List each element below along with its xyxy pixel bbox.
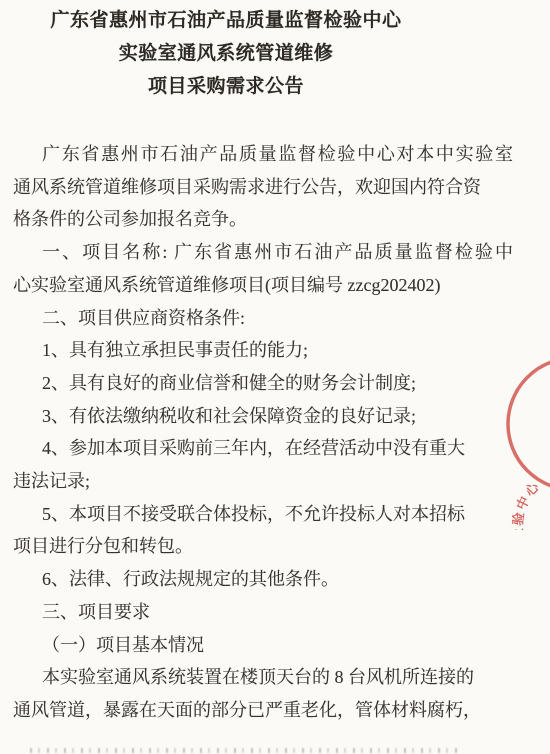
body-line: 通风系统管道维修项目采购需求进行公告，欢迎国内符合资 — [13, 171, 513, 204]
body-line: 3、有依法缴纳税收和社会保障资金的良好记录; — [13, 400, 513, 433]
body-line: 1、具有独立承担民事责任的能力; — [13, 334, 513, 367]
document-title: 广东省惠州市石油产品质量监督检验中心 实验室通风系统管道维修 项目采购需求公告 — [13, 4, 439, 103]
body-line: 心实验室通风系统管道维修项目(项目编号 zzcg202402) — [13, 269, 513, 302]
body-line: 6、法律、行政法规规定的其他条件。 — [13, 563, 513, 596]
body-line: 4、参加本项目采购前三年内，在经营活动中没有重大 — [13, 432, 513, 465]
body-line: 二、项目供应商资格条件: — [13, 302, 513, 335]
body-line: 2、具有良好的商业信誉和健全的财务会计制度; — [13, 367, 513, 400]
title-line-2: 实验室通风系统管道维修 — [13, 37, 439, 70]
body-line: 一、项目名称: 广东省惠州市石油产品质量监督检验中 — [13, 236, 513, 269]
document-body: 广东省惠州市石油产品质量监督检验中心 实验室通风系统管道维修 项目采购需求公告 … — [13, 4, 513, 727]
body-line: 违法记录; — [13, 465, 513, 498]
body-line: 三、项目要求 — [13, 596, 513, 629]
body-line: 通风管道，暴露在天面的部分已严重老化，管体材料腐朽， — [13, 694, 513, 727]
title-line-3: 项目采购需求公告 — [13, 70, 439, 103]
seal-ring — [508, 358, 550, 490]
body-line: 5、本项目不接受联合体投标，不允许投标人对本招标 — [13, 498, 513, 531]
cutoff-next-line-artifact — [30, 748, 460, 753]
document-text: 广东省惠州市石油产品质量监督检验中心对本中实验室通风系统管道维修项目采购需求进行… — [13, 138, 513, 727]
seal-ring-text: 广东省惠州市石油产品质量监督检验中心 — [510, 466, 550, 530]
body-line: （一）项目基本情况 — [13, 629, 513, 662]
body-line: 项目进行分包和转包。 — [13, 530, 513, 563]
title-line-1: 广东省惠州市石油产品质量监督检验中心 — [13, 4, 439, 37]
scanned-document-page: 广东省惠州市石油产品质量监督检验中心 实验室通风系统管道维修 项目采购需求公告 … — [0, 0, 550, 754]
body-line: 广东省惠州市石油产品质量监督检验中心对本中实验室 — [13, 138, 513, 171]
body-line: 格条件的公司参加报名竞争。 — [13, 203, 513, 236]
body-line: 本实验室通风系统装置在楼顶天台的 8 台风机所连接的 — [13, 661, 513, 694]
